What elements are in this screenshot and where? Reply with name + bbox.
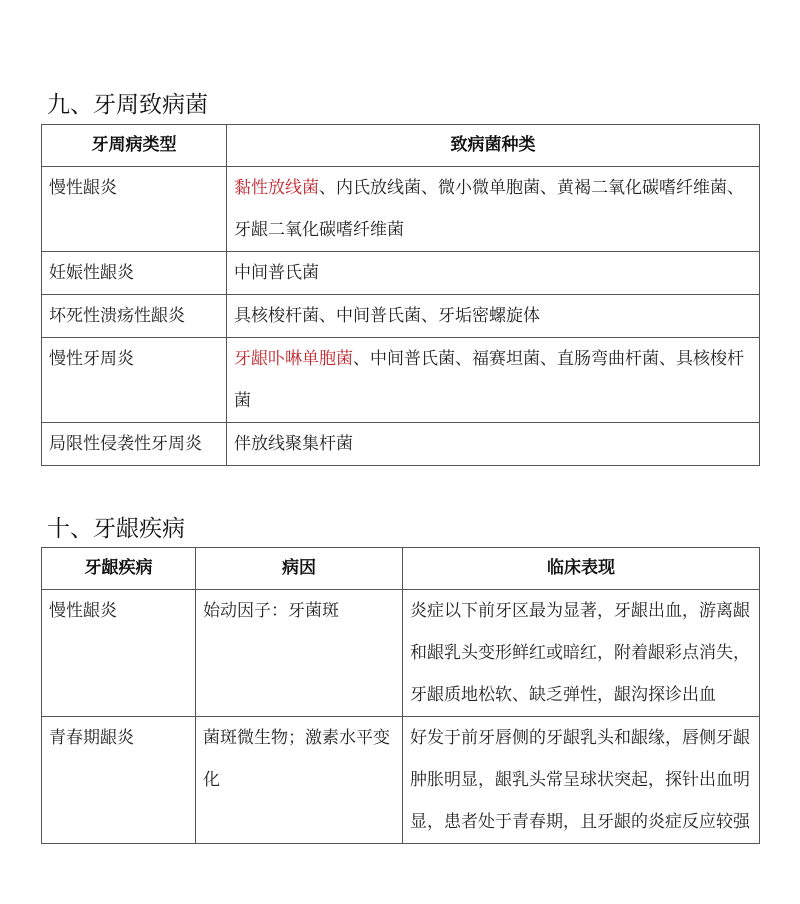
table-row: 坏死性溃疡性龈炎 具核梭杆菌、中间普氏菌、牙垢密螺旋体	[42, 295, 760, 338]
header-cause: 病因	[196, 548, 403, 590]
pathogen-cell: 中间普氏菌	[227, 252, 760, 295]
cause-cell: 始动因子：牙菌斑	[196, 590, 403, 717]
header-gingival-disease: 牙龈疾病	[42, 548, 196, 590]
section-title-periodontal-pathogens: 九、牙周致病菌	[47, 86, 208, 119]
header-pathogen-species: 致病菌种类	[227, 125, 760, 167]
highlighted-pathogen: 黏性放线菌	[234, 178, 319, 198]
table-row: 慢性龈炎 始动因子：牙菌斑 炎症以下前牙区最为显著，牙龈出血，游离龈和龈乳头变形…	[42, 590, 760, 717]
pathogen-cell: 黏性放线菌、内氏放线菌、微小微单胞菌、黄褐二氧化碳嗜纤维菌、牙龈二氧化碳嗜纤维菌	[227, 167, 760, 252]
disease-type-cell: 慢性牙周炎	[42, 338, 227, 423]
table-row: 慢性龈炎 黏性放线菌、内氏放线菌、微小微单胞菌、黄褐二氧化碳嗜纤维菌、牙龈二氧化…	[42, 167, 760, 252]
clinical-cell: 好发于前牙唇侧的牙龈乳头和龈缘，唇侧牙龈肿胀明显，龈乳头常呈球状突起，探针出血明…	[403, 717, 760, 844]
clinical-cell: 炎症以下前牙区最为显著，牙龈出血，游离龈和龈乳头变形鲜红或暗红，附着龈彩点消失，…	[403, 590, 760, 717]
gingival-diseases-table: 牙龈疾病 病因 临床表现 慢性龈炎 始动因子：牙菌斑 炎症以下前牙区最为显著，牙…	[41, 547, 760, 844]
table-header-row: 牙周病类型 致病菌种类	[42, 125, 760, 167]
table-row: 青春期龈炎 菌斑微生物；激素水平变化 好发于前牙唇侧的牙龈乳头和龈缘，唇侧牙龈肿…	[42, 717, 760, 844]
cause-cell: 菌斑微生物；激素水平变化	[196, 717, 403, 844]
periodontal-pathogens-table: 牙周病类型 致病菌种类 慢性龈炎 黏性放线菌、内氏放线菌、微小微单胞菌、黄褐二氧…	[41, 124, 760, 466]
disease-type-cell: 妊娠性龈炎	[42, 252, 227, 295]
pathogen-cell: 牙龈卟啉单胞菌、中间普氏菌、福赛坦菌、直肠弯曲杆菌、具核梭杆菌	[227, 338, 760, 423]
highlighted-pathogen: 牙龈卟啉单胞菌	[234, 349, 353, 369]
header-clinical-manifestation: 临床表现	[403, 548, 760, 590]
header-disease-type: 牙周病类型	[42, 125, 227, 167]
table-header-row: 牙龈疾病 病因 临床表现	[42, 548, 760, 590]
table-row: 慢性牙周炎 牙龈卟啉单胞菌、中间普氏菌、福赛坦菌、直肠弯曲杆菌、具核梭杆菌	[42, 338, 760, 423]
disease-type-cell: 局限性侵袭性牙周炎	[42, 423, 227, 466]
disease-type-cell: 坏死性溃疡性龈炎	[42, 295, 227, 338]
table-row: 局限性侵袭性牙周炎 伴放线聚集杆菌	[42, 423, 760, 466]
section-title-gingival-diseases: 十、牙龈疾病	[47, 510, 185, 543]
disease-type-cell: 慢性龈炎	[42, 167, 227, 252]
disease-cell: 慢性龈炎	[42, 590, 196, 717]
pathogen-cell: 伴放线聚集杆菌	[227, 423, 760, 466]
pathogen-cell: 具核梭杆菌、中间普氏菌、牙垢密螺旋体	[227, 295, 760, 338]
table-row: 妊娠性龈炎 中间普氏菌	[42, 252, 760, 295]
disease-cell: 青春期龈炎	[42, 717, 196, 844]
